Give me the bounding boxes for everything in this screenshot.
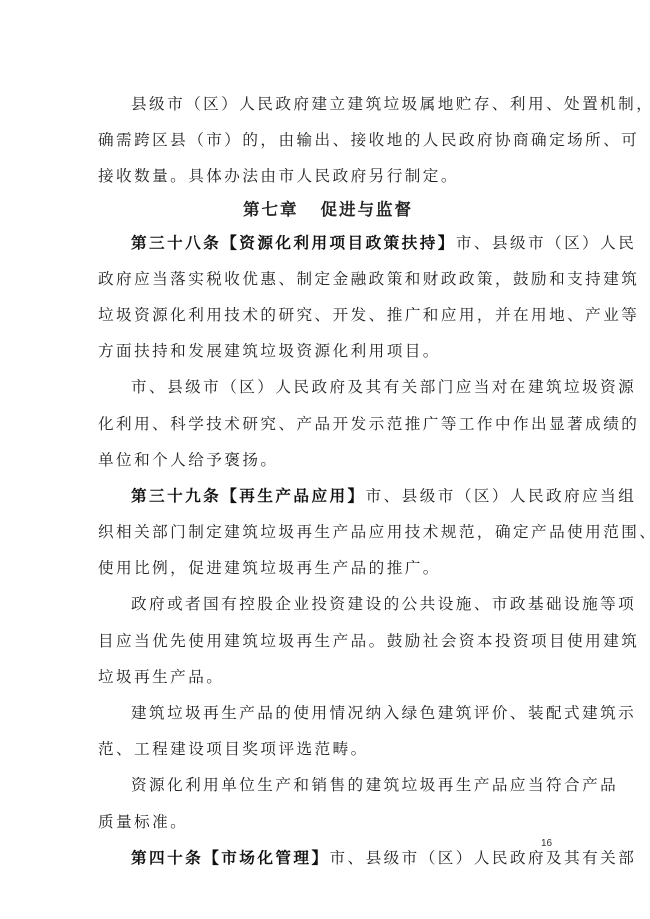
article-heading: 【资源化利用项目政策扶持】: [221, 233, 456, 252]
article-39-heading-line: 第三十九条【再生产品应用】市、县级市（区）人民政府应当组: [98, 478, 558, 514]
document-page: 县级市（区）人民政府建立建筑垃圾属地贮存、利用、处置机制， 确需跨区县（市）的，…: [0, 0, 650, 919]
text-line: 市、县级市（区）人民政府及其有关部门应当对在建筑垃圾资源: [98, 369, 558, 405]
article-text: 市、县级市（区）人民政府及其有关部: [330, 849, 637, 867]
text-line: 单位和个人给予褒扬。: [98, 442, 558, 478]
text-line: 目应当优先使用建筑垃圾再生产品。鼓励社会资本投资项目使用建筑: [98, 623, 558, 659]
text-line: 使用比例，促进建筑垃圾再生产品的推广。: [98, 550, 558, 586]
article-38-heading-line: 第三十八条【资源化利用项目政策扶持】市、县级市（区）人民: [98, 225, 558, 261]
text-line: 垃圾资源化利用技术的研究、开发、推广和应用，并在用地、产业等: [98, 297, 558, 333]
text-line: 接收数量。具体办法由市人民政府另行制定。: [98, 158, 558, 194]
text-line: 政府应当落实税收优惠、制定金融政策和财政政策，鼓励和支持建筑: [98, 261, 558, 297]
text-line: 方面扶持和发展建筑垃圾资源化利用项目。: [98, 333, 558, 369]
text-line: 资源化利用单位生产和销售的建筑垃圾再生产品应当符合产品: [98, 767, 558, 803]
text-line: 垃圾再生产品。: [98, 659, 558, 695]
text-line: 质量标准。: [98, 804, 558, 840]
document-body: 县级市（区）人民政府建立建筑垃圾属地贮存、利用、处置机制， 确需跨区县（市）的，…: [98, 86, 558, 876]
article-text: 市、县级市（区）人民: [456, 234, 636, 252]
chapter-heading: 第七章促进与监督: [98, 195, 558, 225]
chapter-number: 第七章: [243, 200, 299, 219]
article-heading: 【再生产品应用】: [221, 486, 365, 505]
text-line: 确需跨区县（市）的，由输出、接收地的人民政府协商确定场所、可: [98, 122, 558, 158]
article-number: 第三十九条: [131, 486, 221, 505]
article-number: 第三十八条: [131, 233, 221, 252]
article-heading: 【市场化管理】: [203, 848, 329, 867]
text-line: 建筑垃圾再生产品的使用情况纳入绿色建筑评价、装配式建筑示: [98, 695, 558, 731]
text-line: 化利用、科学技术研究、产品开发示范推广等工作中作出显著成绩的: [98, 406, 558, 442]
page-number: 16: [541, 838, 552, 849]
chapter-title: 促进与监督: [321, 200, 414, 219]
text-line: 范、工程建设项目奖项评选范畴。: [98, 731, 558, 767]
article-text: 市、县级市（区）人民政府应当组: [366, 487, 637, 505]
article-40-heading-line: 第四十条【市场化管理】市、县级市（区）人民政府及其有关部: [98, 840, 558, 876]
article-number: 第四十条: [131, 848, 203, 867]
text-line: 政府或者国有控股企业投资建设的公共设施、市政基础设施等项: [98, 586, 558, 622]
text-line: 织相关部门制定建筑垃圾再生产品应用技术规范，确定产品使用范围、: [98, 514, 558, 550]
text-line: 县级市（区）人民政府建立建筑垃圾属地贮存、利用、处置机制，: [98, 86, 558, 122]
